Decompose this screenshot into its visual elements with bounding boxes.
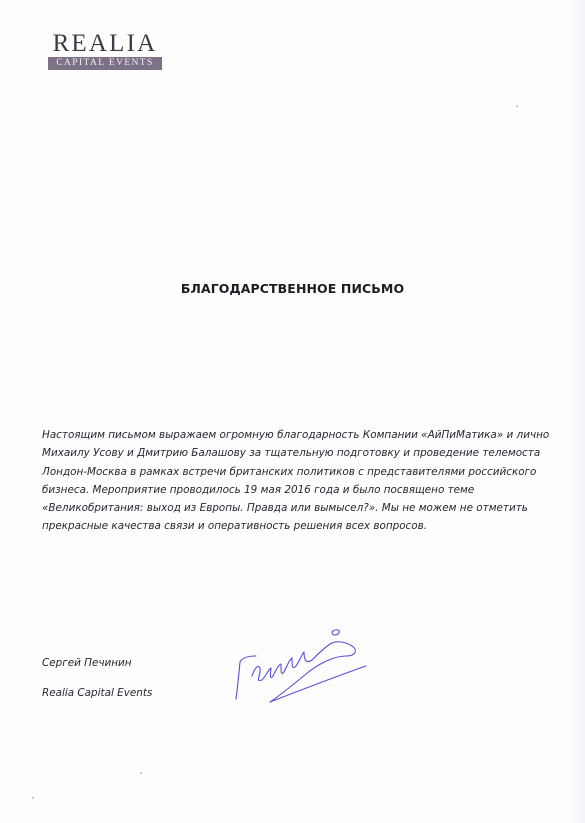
logo-wordmark: REALIA (48, 31, 162, 56)
body-line: Михаилу Усову и Дмитрию Балашову за тщат… (42, 444, 582, 462)
logo-tagline: CAPITAL EVENTS (48, 57, 162, 70)
body-line: «Великобритания: выход из Европы. Правда… (42, 499, 582, 517)
body-line: Настоящим письмом выражаем огромную благ… (42, 426, 582, 444)
letter-title: БЛАГОДАРСТВЕННОЕ ПИСЬМО (0, 281, 585, 296)
scan-speck (140, 772, 142, 774)
signature-icon (226, 604, 376, 704)
signer-name: Сергей Печинин (42, 657, 132, 669)
page-edge-shadow (569, 0, 585, 823)
company-logo: REALIA CAPITAL EVENTS (48, 31, 162, 70)
scan-speck (32, 797, 34, 799)
letter-body: Настоящим письмом выражаем огромную благ… (42, 426, 582, 536)
body-line: прекрасные качества связи и оперативност… (42, 517, 582, 535)
body-line: бизнеса. Мероприятие проводилось 19 мая … (42, 481, 582, 499)
scan-speck (516, 105, 518, 107)
body-line: Лондон-Москва в рамках встречи британски… (42, 463, 582, 481)
signer-organization: Realia Capital Events (42, 687, 152, 699)
